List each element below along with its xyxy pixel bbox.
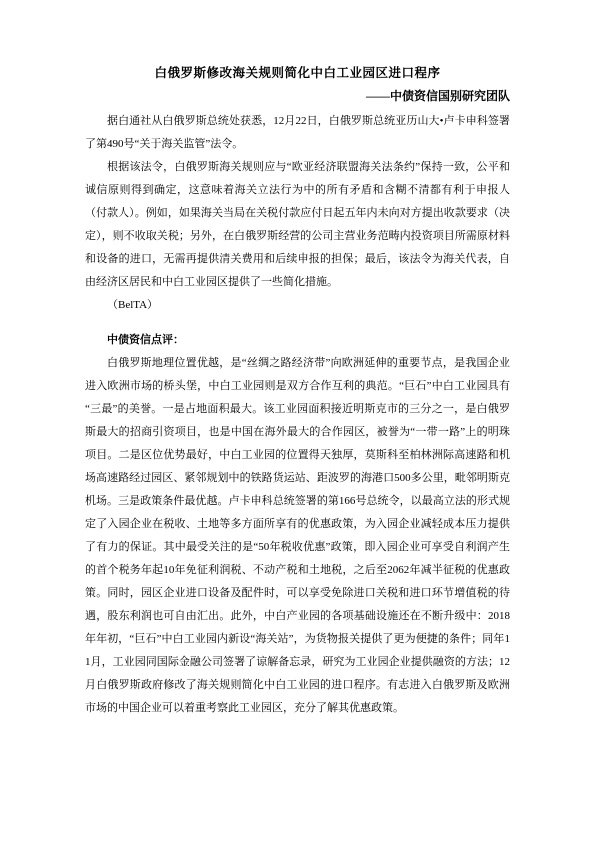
document-title: 白俄罗斯修改海关规则简化中白工业园区进口程序 (85, 62, 510, 85)
commentary-body: 白俄罗斯地理位置优越，是“丝绸之路经济带”向欧洲延伸的重要节点，是我国企业进入欧… (85, 352, 510, 720)
source-attribution: （BelTA） (85, 294, 510, 317)
news-paragraph-2: 根据该法令，白俄罗斯海关规则应与“欧亚经济联盟海关法条约”保持一致，公平和诚信原… (85, 156, 510, 294)
news-paragraph-1: 据白通社从白俄罗斯总统处获悉，12月22日，白俄罗斯总统亚历山大•卢卡申科签署了… (85, 110, 510, 156)
commentary-heading: 中债资信点评： (85, 329, 510, 352)
document-page: 白俄罗斯修改海关规则简化中白工业园区进口程序 ——中债资信国别研究团队 据白通社… (0, 0, 595, 841)
document-byline: ——中债资信国别研究团队 (85, 85, 510, 108)
